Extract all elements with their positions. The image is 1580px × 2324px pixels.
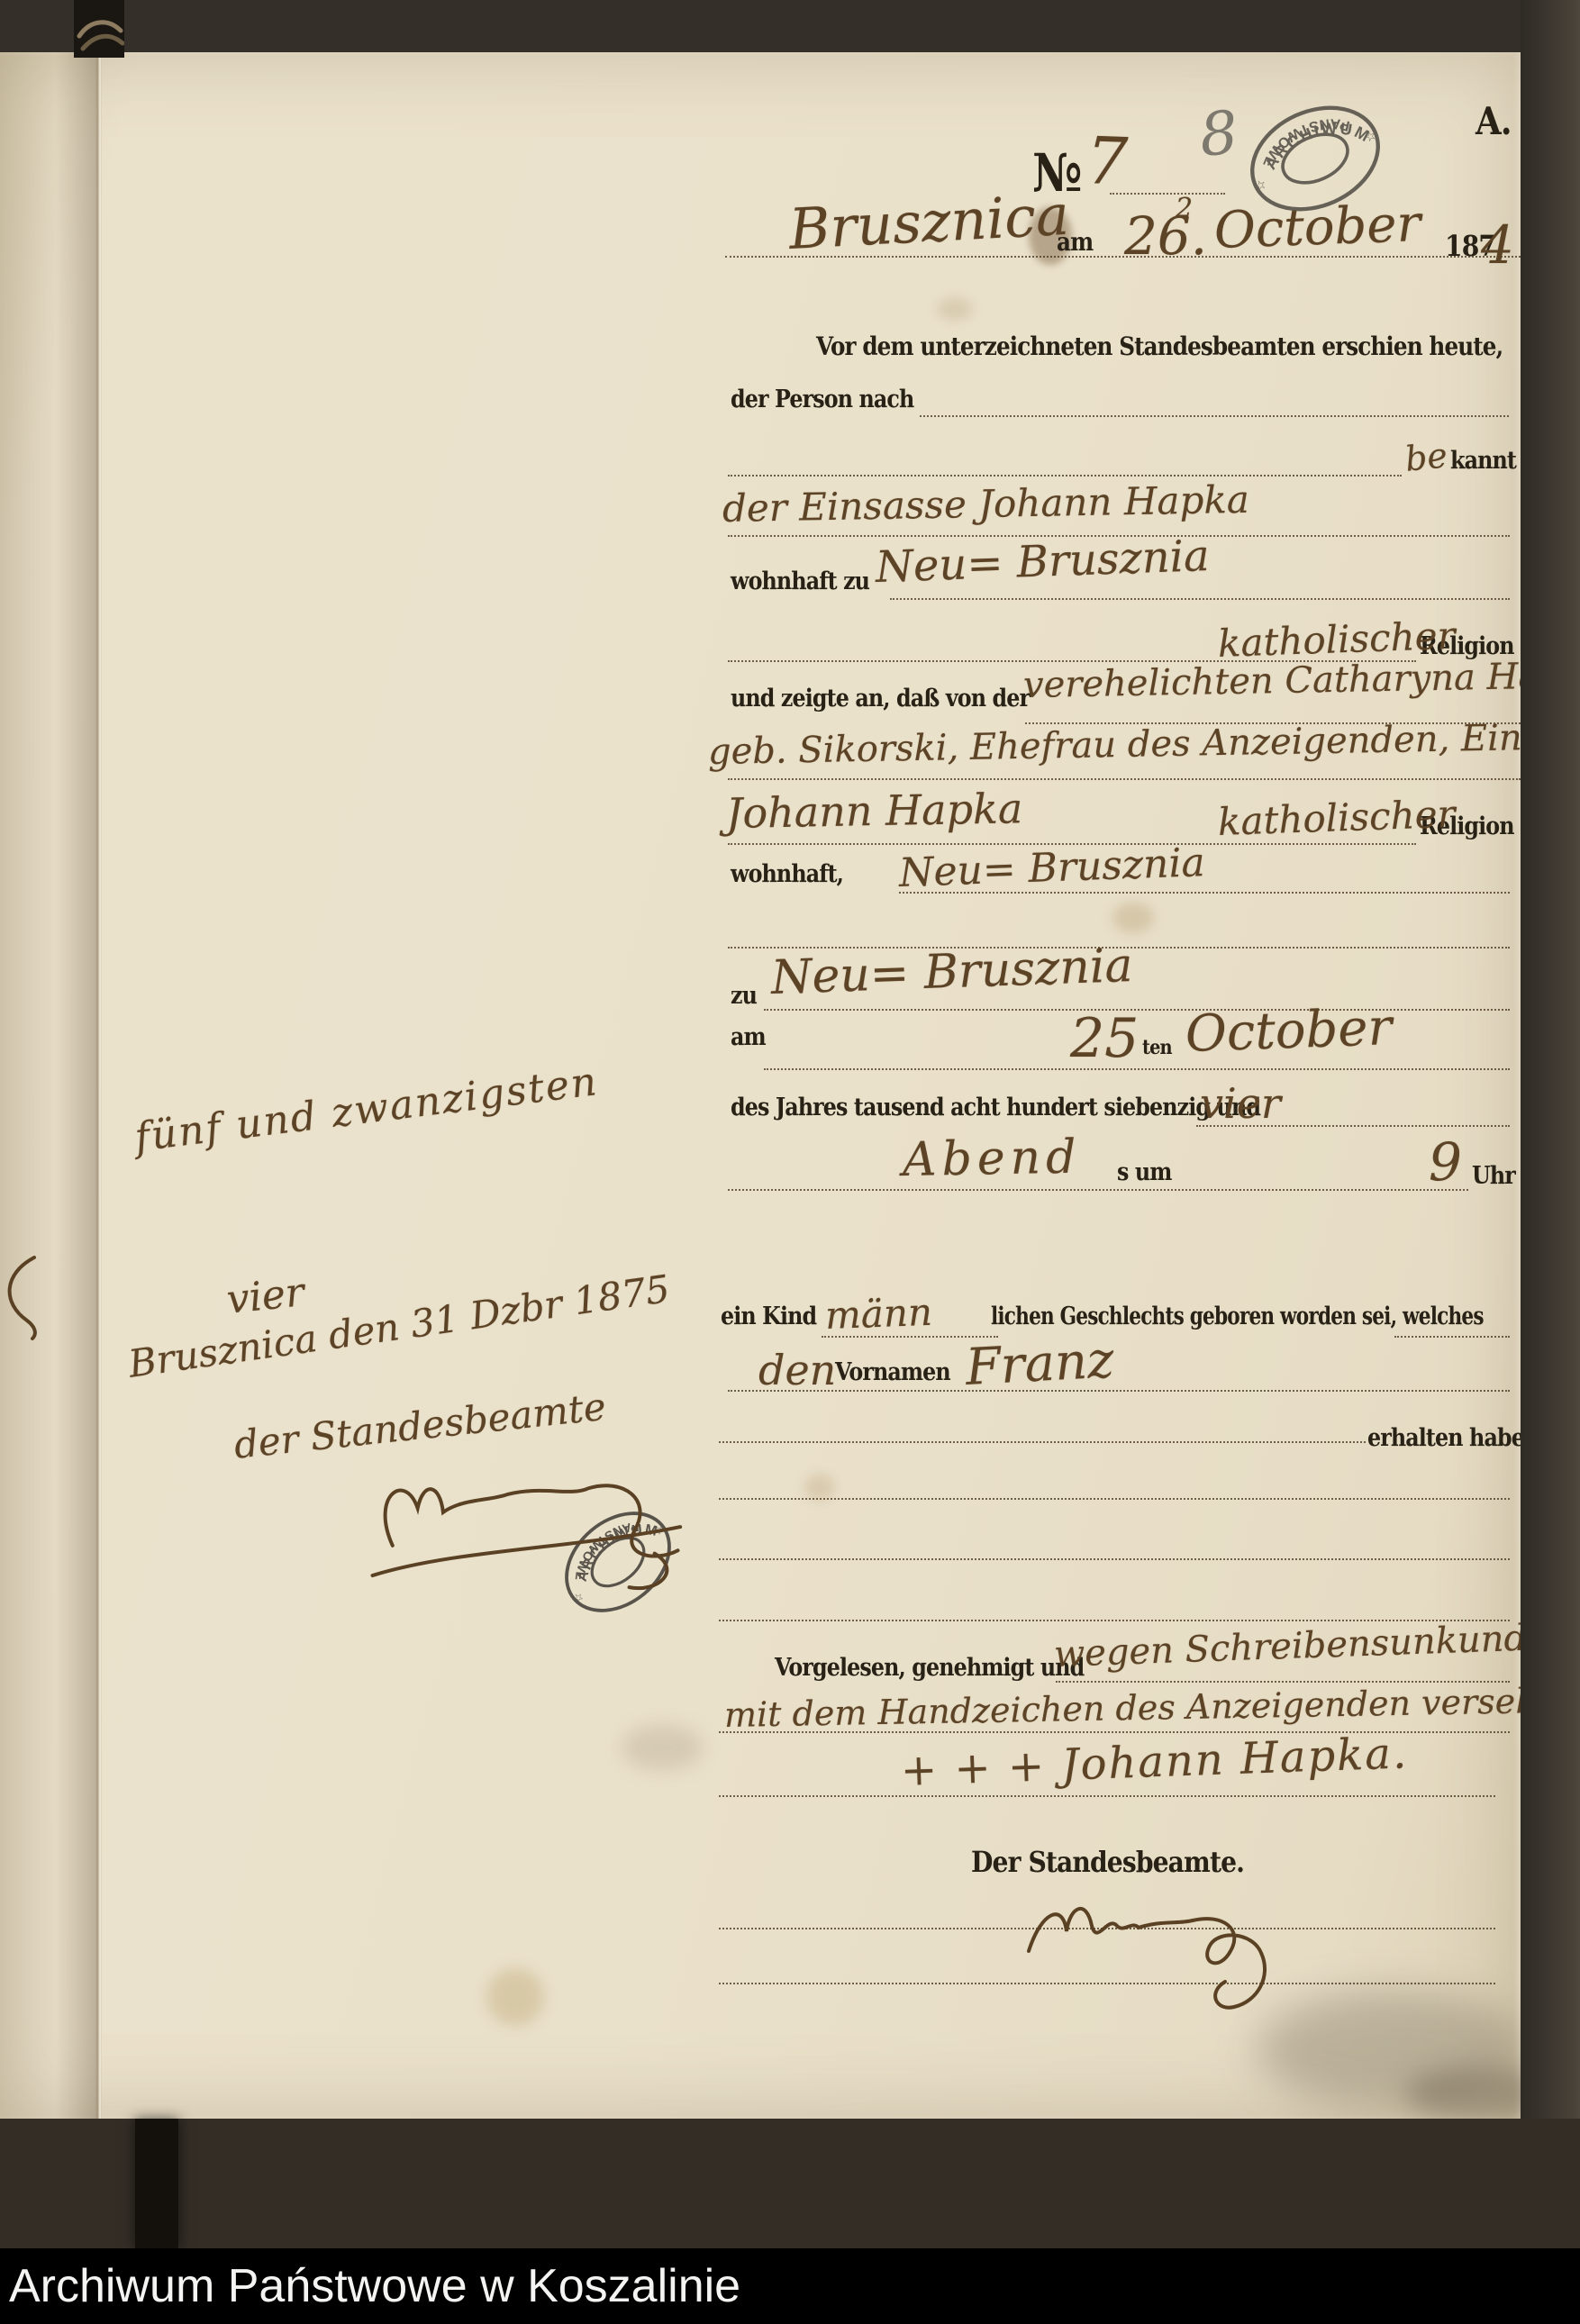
number-value-handwritten: 7	[1085, 123, 1130, 200]
year-line-printed: des Jahres tausend acht hundert siebenzi…	[731, 1094, 1260, 1121]
am-label: am	[731, 1023, 766, 1051]
vorgelesen-label: Vorgelesen, genehmigt und	[775, 1654, 1084, 1682]
dotted-line	[728, 778, 1521, 780]
wohnhaft-label: wohnhaft,	[731, 860, 843, 888]
scanner-background-right	[1521, 0, 1580, 2248]
child-firstname: Franz	[964, 1330, 1115, 1397]
page-fold-crease	[95, 52, 102, 2119]
book-gutter-shading	[0, 52, 101, 2119]
margin-signature	[352, 1443, 702, 1614]
paper-sheet	[0, 52, 1521, 2119]
ein-kind-label: ein Kind	[721, 1303, 816, 1330]
informant-name-line: der Einsasse Johann Hapka	[722, 477, 1250, 531]
book-page-block-edge	[135, 2119, 178, 2248]
dotted-line	[719, 1498, 1510, 1500]
archive-caption-bar: Archiwum Państwowe w Koszalinie	[0, 2248, 1580, 2324]
scanner-background-bottom	[0, 2119, 1580, 2248]
vornamen-label: Vornamen	[835, 1358, 950, 1386]
binding-cord-icon	[74, 0, 124, 58]
person-nach-label: der Person nach	[731, 386, 913, 413]
dateline-day: 26.	[1124, 205, 1207, 267]
registrar-label: Der Standesbeamte.	[971, 1845, 1244, 1879]
dotted-line	[890, 598, 1510, 600]
zu-label: zu	[731, 982, 757, 1010]
dotted-line	[920, 415, 1509, 417]
dateline-month: October	[1213, 195, 1421, 260]
dotted-line	[728, 1390, 1510, 1392]
binding-gap	[74, 0, 124, 58]
s-um-label: s um	[1117, 1158, 1172, 1186]
wrinkle-shadow	[622, 1725, 703, 1770]
dotted-line	[1394, 1336, 1510, 1338]
bekannt-printed: kannt	[1450, 447, 1516, 475]
fox-spot	[937, 297, 973, 321]
left-edge-ink-squiggle	[0, 1250, 40, 1340]
fox-spot	[1112, 903, 1154, 933]
birth-month: October	[1185, 998, 1393, 1064]
zeigte-an-label: und zeigte an, daß von der	[731, 685, 1030, 713]
margin-note-2: vier	[224, 1269, 306, 1323]
fox-spot	[804, 1474, 835, 1501]
dotted-line	[728, 1189, 1468, 1191]
birth-day: 25	[1070, 1007, 1139, 1070]
den-handwritten: den	[758, 1346, 836, 1394]
scanned-civil-record-page: { "document": { "corner_letter": "A.", "…	[0, 0, 1580, 2324]
dateline-day-superscript: 2	[1176, 193, 1193, 224]
corner-letter: A.	[1476, 99, 1512, 143]
uhr-label: Uhr	[1472, 1162, 1515, 1190]
scanner-background-top	[0, 0, 1580, 52]
dotted-line	[719, 1441, 1366, 1443]
year-handwritten: 4	[1481, 214, 1514, 276]
child-gender: männ	[824, 1290, 933, 1338]
dotted-line	[719, 1558, 1510, 1560]
fox-spot	[486, 1968, 544, 2026]
dotted-line	[719, 1795, 1495, 1797]
dotted-line	[728, 475, 1402, 477]
registrar-signature	[1016, 1875, 1349, 2020]
intro-sentence: Vor dem unterzeichneten Standesbeamten e…	[816, 331, 1503, 361]
birth-hour: 9	[1429, 1131, 1462, 1193]
erhalten-habe-label: erhalten habe	[1367, 1424, 1524, 1452]
dotted-line	[1110, 193, 1225, 195]
father-religion: katholischer	[1217, 792, 1456, 844]
year-word-handwritten: vier	[1200, 1079, 1281, 1128]
archive-caption-text: Archiwum Państwowe w Koszalinie	[9, 2259, 740, 2313]
father-name: Johann Hapka	[726, 784, 1023, 838]
dotted-line	[719, 1620, 1510, 1621]
wohnhaft-zu-label: wohnhaft zu	[731, 567, 869, 595]
bekannt-handwritten: be	[1403, 435, 1449, 479]
daytime-handwritten: Abend	[902, 1130, 1081, 1187]
ten-suffix: ten	[1142, 1036, 1172, 1059]
geschlechts-label: lichen Geschlechts geboren worden sei, w…	[991, 1303, 1484, 1330]
